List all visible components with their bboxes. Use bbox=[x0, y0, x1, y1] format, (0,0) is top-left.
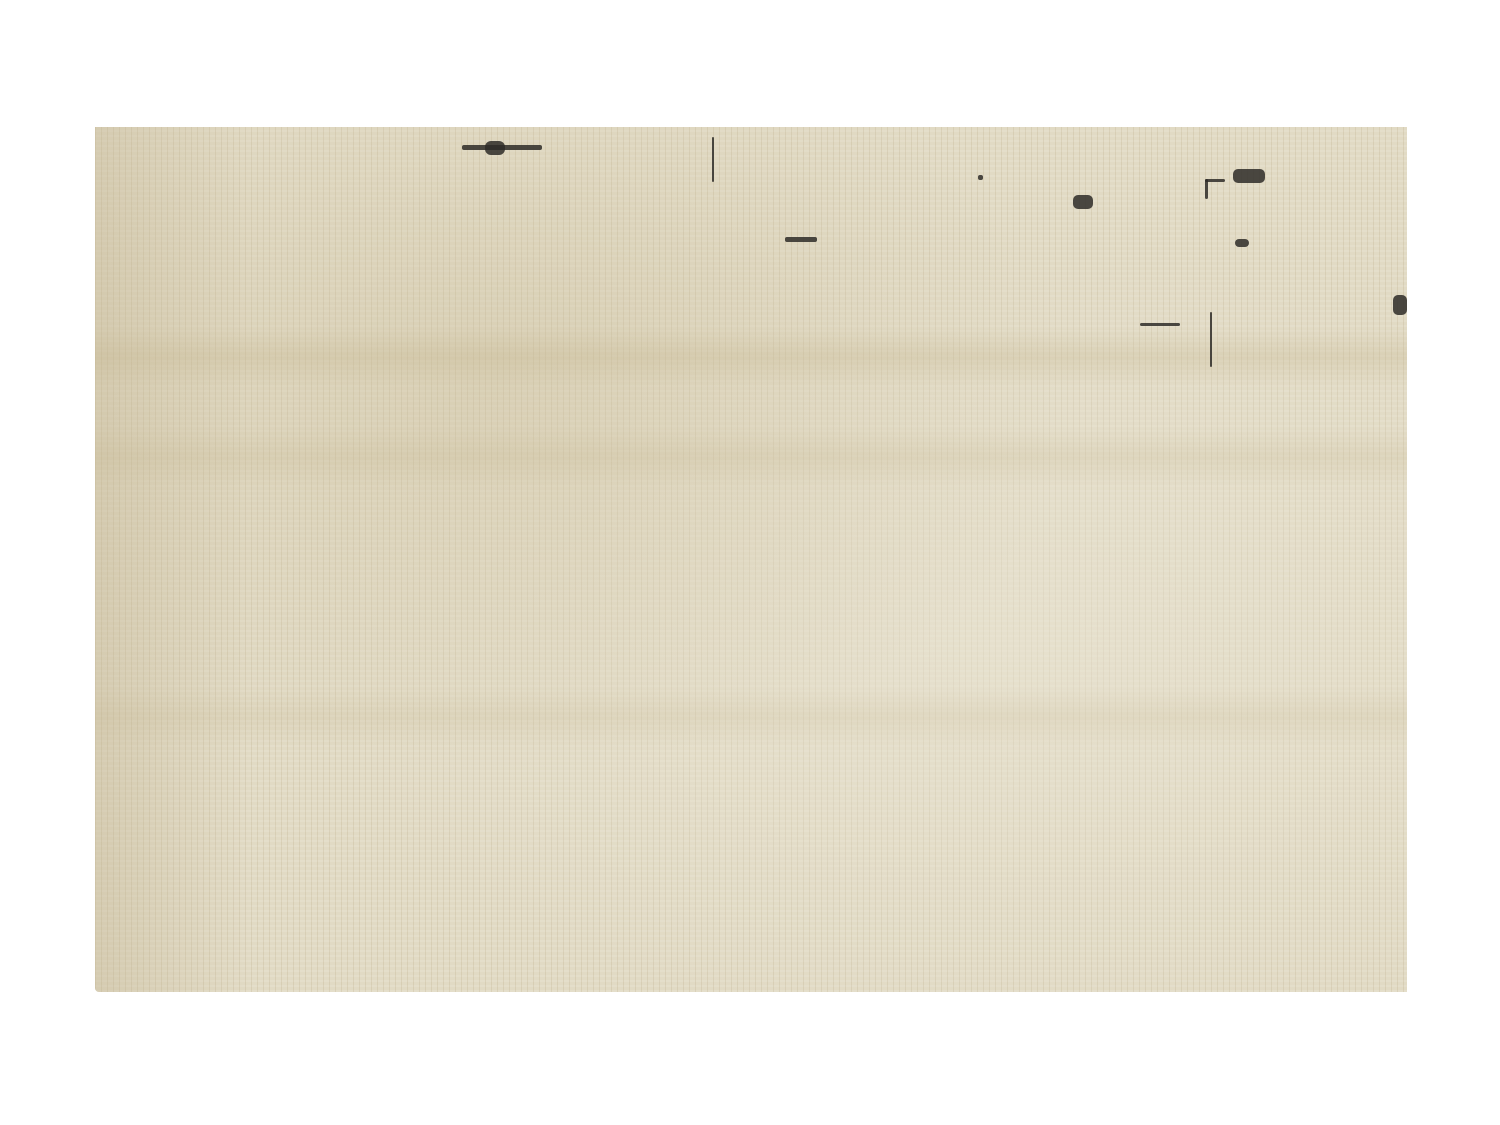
dark-motif bbox=[1073, 195, 1093, 209]
dark-motif bbox=[978, 175, 983, 180]
dark-motif bbox=[1205, 179, 1225, 182]
dark-motif bbox=[1205, 179, 1208, 199]
rug bbox=[95, 127, 1407, 992]
dark-motif bbox=[1235, 239, 1249, 247]
dark-motif bbox=[785, 237, 817, 242]
dark-motif bbox=[1393, 295, 1407, 315]
dark-motif bbox=[712, 137, 714, 182]
dark-motif bbox=[485, 141, 505, 155]
dark-motif bbox=[1210, 312, 1212, 367]
product-photo bbox=[0, 0, 1500, 1125]
shade-band bbox=[95, 427, 1407, 487]
dark-motif bbox=[1140, 323, 1180, 326]
shade-band bbox=[95, 687, 1407, 747]
dark-motif bbox=[1233, 169, 1265, 183]
